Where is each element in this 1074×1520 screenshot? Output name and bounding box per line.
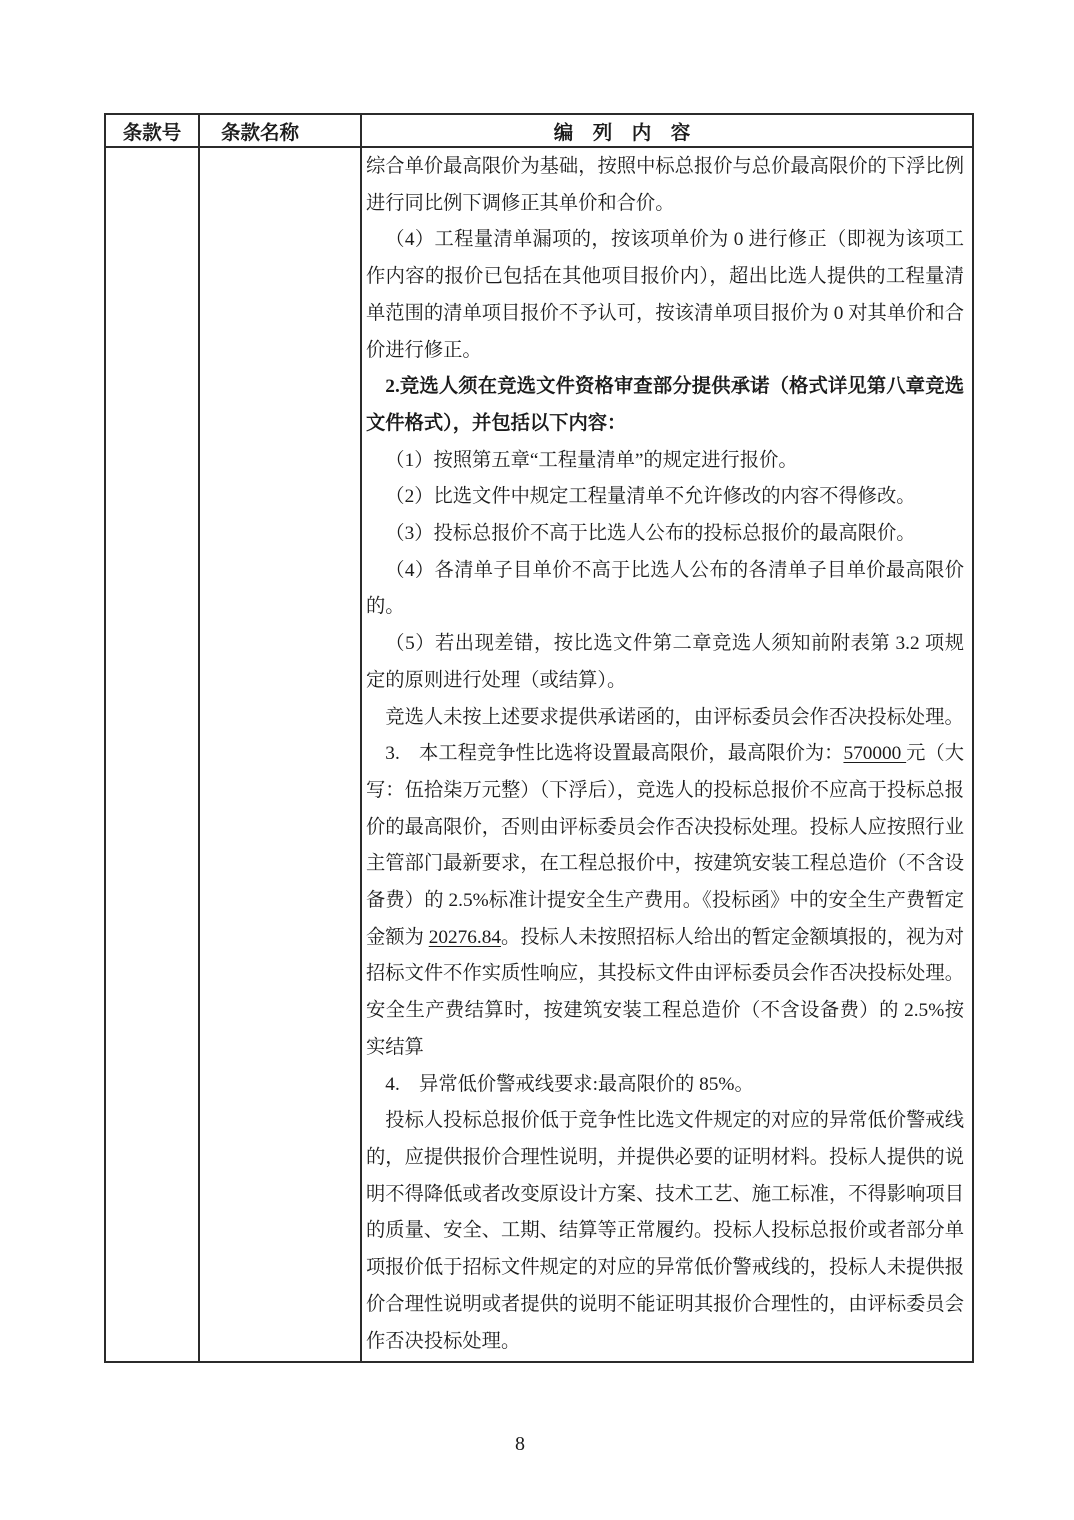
- text-segment: （4）工程量清单漏项的，按该项单价为 0 进行修正（即视为该项工作内容的报价已包…: [366, 229, 964, 360]
- page-number: 8: [0, 1433, 1040, 1456]
- content-paragraph: （4）各清单子目单价不高于比选人公布的各清单子目单价最高限价的。: [366, 553, 964, 626]
- content-paragraph: （3）投标总报价不高于比选人公布的投标总报价的最高限价。: [366, 516, 964, 553]
- text-segment: （1）按照第五章“工程量清单”的规定进行报价。: [385, 450, 797, 471]
- text-segment: 元（大写：伍拾柒万元整）（下浮后），竞选人的投标总报价不应高于投标总报价的最高限…: [366, 743, 964, 948]
- content-paragraph: 4. 异常低价警戒线要求:最高限价的 85%。: [366, 1067, 964, 1104]
- text-segment: （2）比选文件中规定工程量清单不允许修改的内容不得修改。: [385, 486, 915, 507]
- clause-name-cell: [199, 147, 361, 1362]
- text-segment: （3）投标总报价不高于比选人公布的投标总报价的最高限价。: [385, 523, 915, 544]
- text-segment: 竞选人未按上述要求提供承诺函的，由评标委员会作否决投标处理。: [385, 707, 963, 728]
- text-segment: （4）各清单子目单价不高于比选人公布的各清单子目单价最高限价的。: [366, 560, 964, 618]
- content-paragraph: 投标人投标总报价低于竞争性比选文件规定的对应的异常低价警戒线的，应提供报价合理性…: [366, 1103, 964, 1360]
- content-paragraph: （2）比选文件中规定工程量清单不允许修改的内容不得修改。: [366, 479, 964, 516]
- content-paragraph: 竞选人未按上述要求提供承诺函的，由评标委员会作否决投标处理。: [366, 700, 964, 737]
- text-segment: 2.竞选人须在竞选文件资格审查部分提供承诺（格式详见第八章竞选文件格式），并包括…: [366, 376, 964, 434]
- content-paragraph: 综合单价最高限价为基础，按照中标总报价与总价最高限价的下浮比例进行同比例下调修正…: [366, 149, 964, 222]
- content-cell: 综合单价最高限价为基础，按照中标总报价与总价最高限价的下浮比例进行同比例下调修正…: [361, 147, 973, 1362]
- text-segment: 4. 异常低价警戒线要求:最高限价的 85%。: [385, 1074, 753, 1095]
- content-paragraph: 2.竞选人须在竞选文件资格审查部分提供承诺（格式详见第八章竞选文件格式），并包括…: [366, 369, 964, 442]
- content-paragraph: （4）工程量清单漏项的，按该项单价为 0 进行修正（即视为该项工作内容的报价已包…: [366, 222, 964, 369]
- content-text-block: 综合单价最高限价为基础，按照中标总报价与总价最高限价的下浮比例进行同比例下调修正…: [362, 148, 972, 1360]
- clause-table: 条款号 条款名称 编 列 内 容 综合单价最高限价为基础，按照中标总报价与总价最…: [104, 113, 974, 1363]
- clause-no-cell: [105, 147, 199, 1362]
- underlined-value: 20276.84: [429, 927, 501, 948]
- content-paragraph: 3. 本工程竞争性比选将设置最高限价，最高限价为：570000 元（大写：伍拾柒…: [366, 736, 964, 1066]
- text-segment: 投标人投标总报价低于竞争性比选文件规定的对应的异常低价警戒线的，应提供报价合理性…: [366, 1110, 964, 1351]
- text-segment: （5）若出现差错，按比选文件第二章竞选人须知前附表第 3.2 项规定的原则进行处…: [366, 633, 964, 691]
- text-segment: 3. 本工程竞争性比选将设置最高限价，最高限价为：: [385, 743, 843, 764]
- header-row: 条款号 条款名称 编 列 内 容: [105, 114, 973, 147]
- content-paragraph: （1）按照第五章“工程量清单”的规定进行报价。: [366, 443, 964, 480]
- header-clause-name: 条款名称: [199, 114, 361, 147]
- body-row: 综合单价最高限价为基础，按照中标总报价与总价最高限价的下浮比例进行同比例下调修正…: [105, 147, 973, 1362]
- content-paragraph: （5）若出现差错，按比选文件第二章竞选人须知前附表第 3.2 项规定的原则进行处…: [366, 626, 964, 699]
- text-segment: 综合单价最高限价为基础，按照中标总报价与总价最高限价的下浮比例进行同比例下调修正…: [366, 156, 964, 214]
- document-page: 条款号 条款名称 编 列 内 容 综合单价最高限价为基础，按照中标总报价与总价最…: [0, 0, 1074, 1520]
- header-content: 编 列 内 容: [361, 114, 973, 147]
- header-clause-no: 条款号: [105, 114, 199, 147]
- underlined-value: 570000: [843, 743, 906, 764]
